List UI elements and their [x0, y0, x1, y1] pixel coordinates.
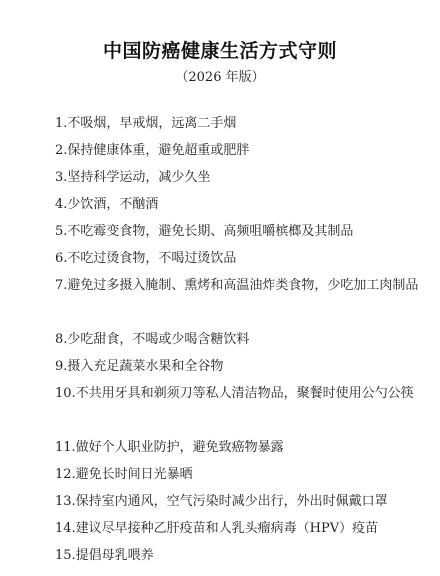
guideline-item: 1.不吸烟，早戒烟，远离二手烟 [26, 110, 421, 137]
guideline-item: 4.少饮酒，不酗酒 [26, 191, 421, 218]
guideline-item: 11.做好个人职业防护，避免致癌物暴露 [26, 434, 421, 461]
guideline-item: 5.不吃霉变食物，避免长期、高频咀嚼槟榔及其制品 [26, 218, 421, 245]
guideline-item: 14.建议尽早接种乙肝疫苗和人乳头瘤病毒（HPV）疫苗 [26, 515, 421, 542]
document-title: 中国防癌健康生活方式守则 [0, 36, 440, 63]
guideline-item: 15.提倡母乳喂养 [26, 542, 421, 569]
guideline-item: 3.坚持科学运动，减少久坐 [26, 164, 421, 191]
guideline-item: 7.避免过多摄入腌制、熏烤和高温油炸类食物，少吃加工肉制品 [26, 272, 421, 299]
guideline-item: 2.保持健康体重，避免超重或肥胖 [26, 137, 421, 164]
guideline-item: 8.少吃甜食，不喝或少喝含糖饮料 [26, 326, 421, 353]
guideline-item: 10.不共用牙具和剃须刀等私人清洁物品，聚餐时使用公勺公筷 [26, 380, 421, 407]
guideline-item: 13.保持室内通风，空气污染时减少出行，外出时佩戴口罩 [26, 488, 421, 515]
guideline-item: 6.不吃过烫食物，不喝过烫饮品 [26, 245, 421, 272]
guideline-item: 9.摄入充足蔬菜水果和全谷物 [26, 353, 421, 380]
document-subtitle: （2026 年版） [0, 66, 440, 85]
guideline-item: 12.避免长时间日光暴晒 [26, 461, 421, 488]
